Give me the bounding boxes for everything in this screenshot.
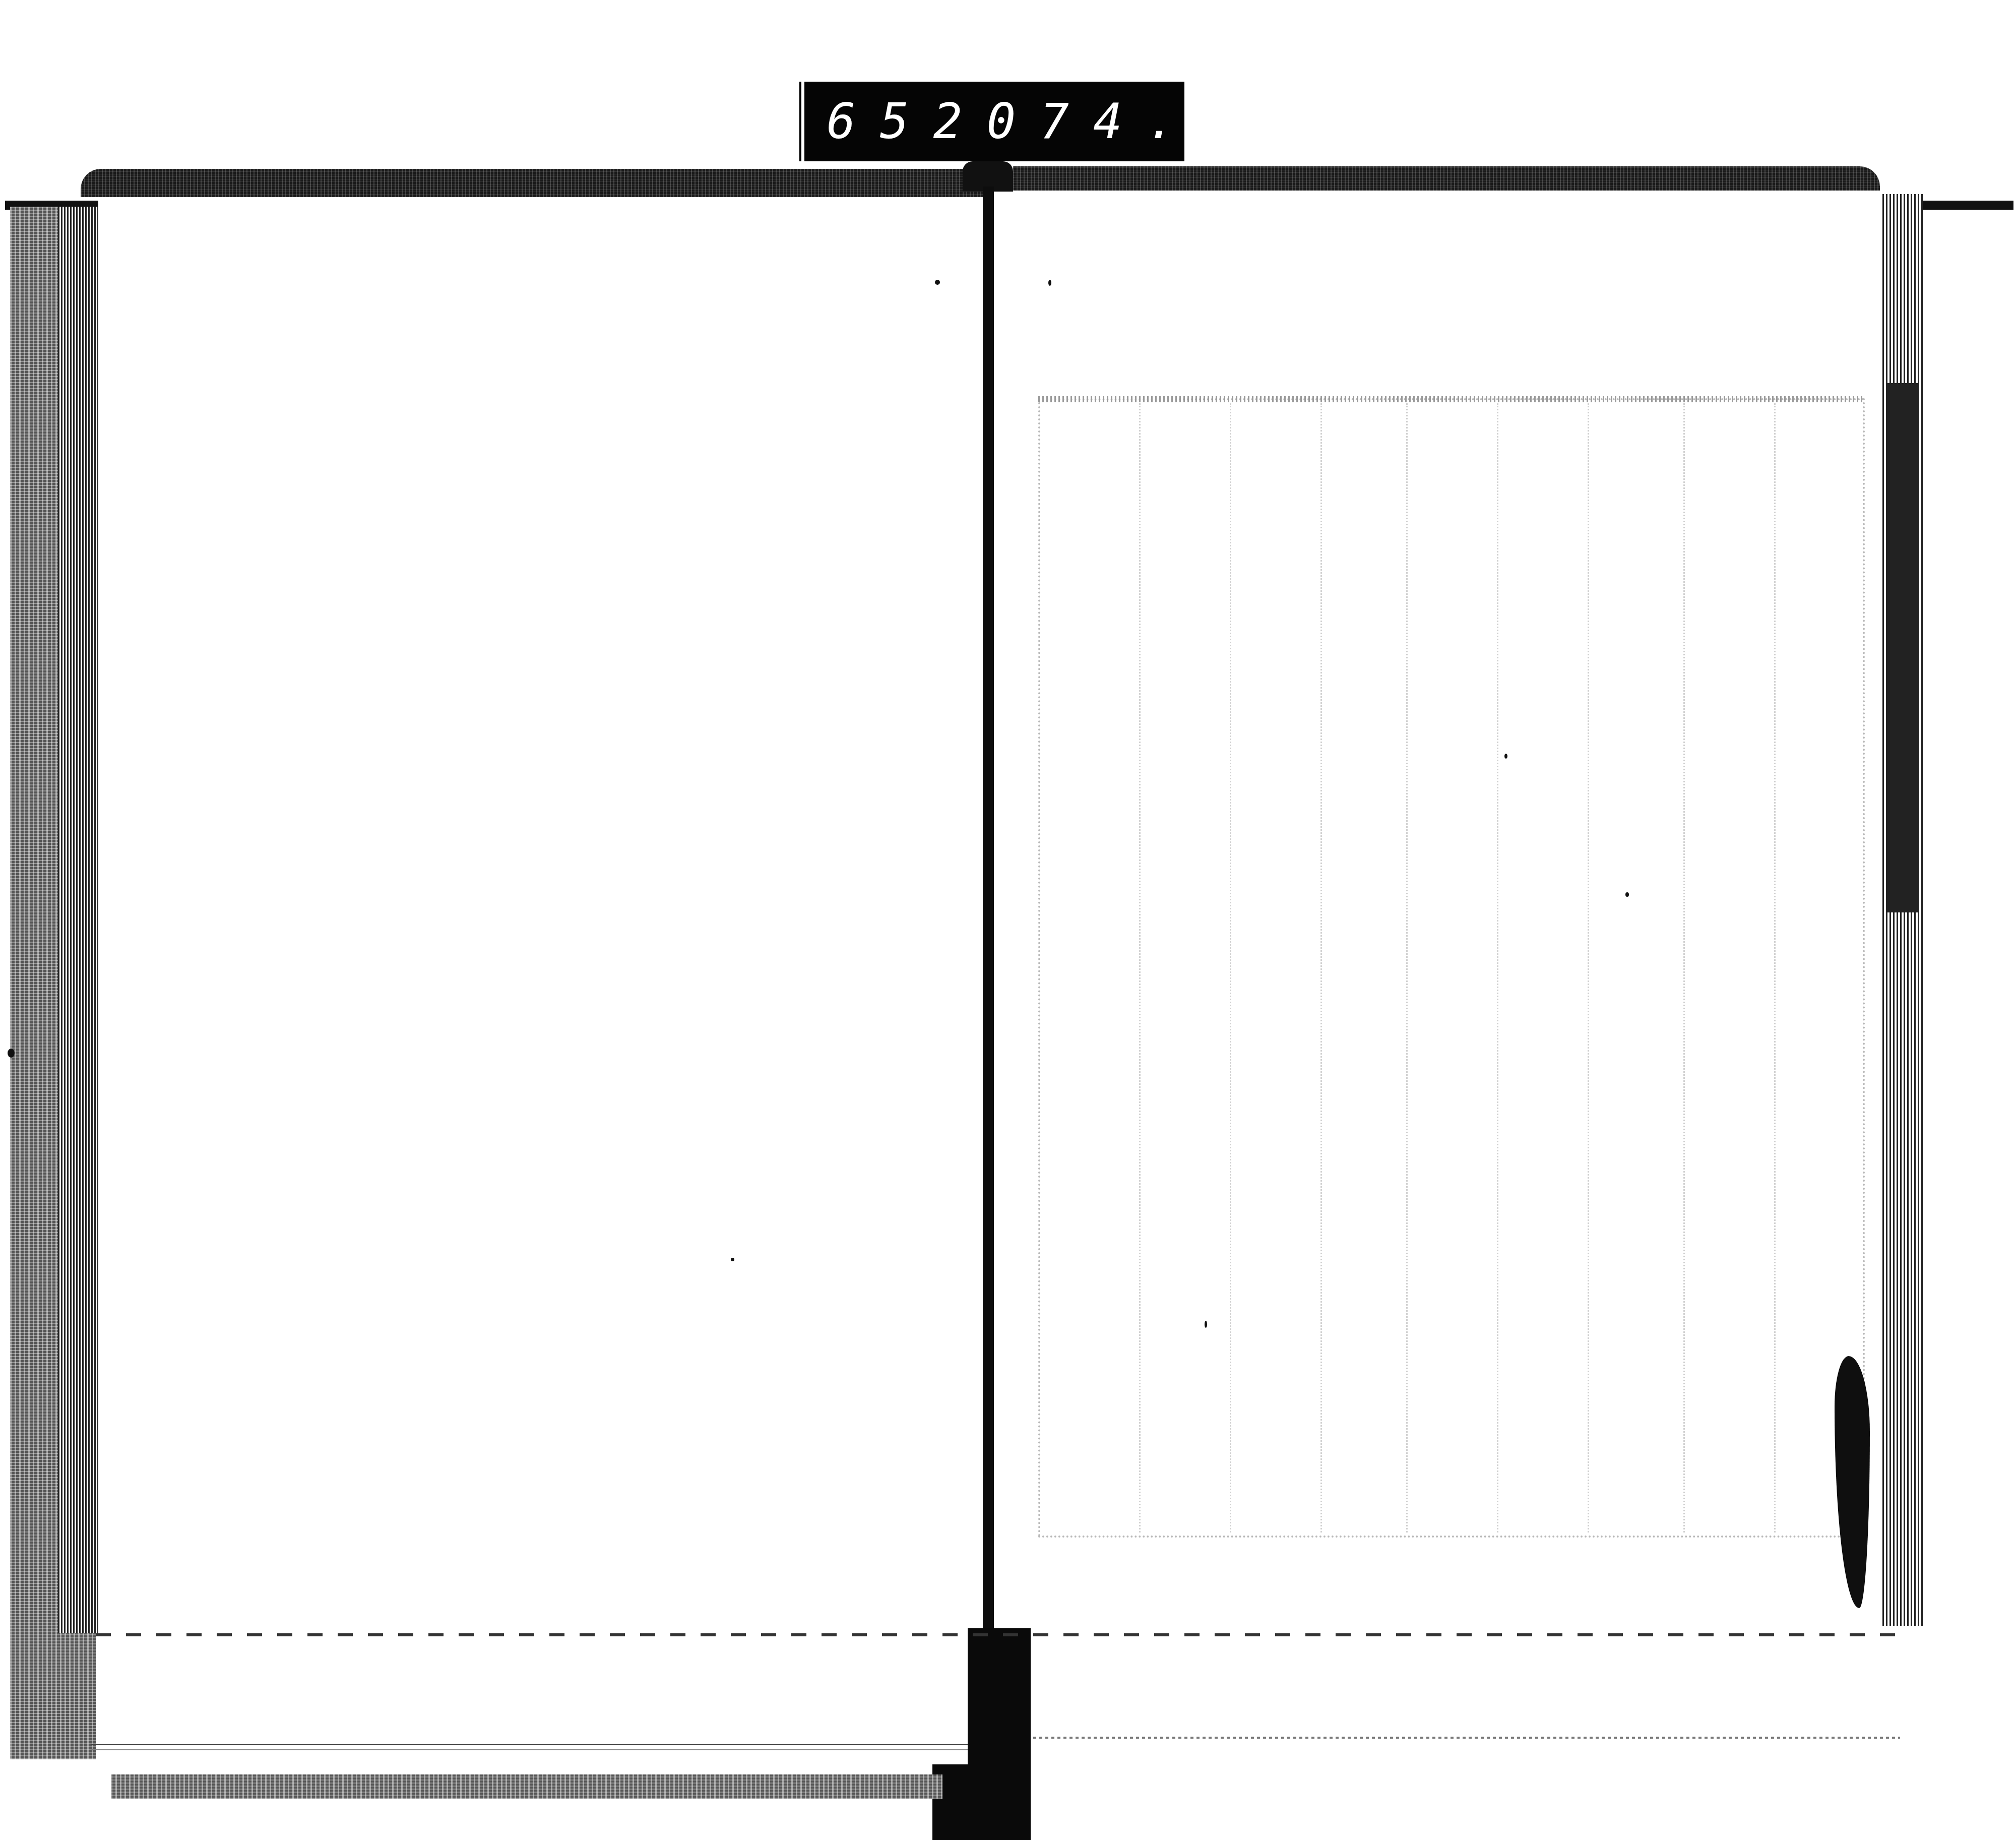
ruled-column-line [1139,403,1141,1532]
scan-speck [1504,754,1507,759]
ruled-column-line [1320,403,1322,1532]
top-cover-edge-right [1013,166,1880,191]
right-page-stack-shadow [1887,383,1918,912]
left-page-stack-edges [58,207,98,1633]
ruled-column-line [1683,403,1685,1532]
scan-speck [1625,892,1629,897]
scan-speck [935,280,940,285]
scan-speck [1205,1321,1207,1328]
ruled-frame-top-rule [1038,396,1865,402]
scan-speck [731,1258,734,1261]
frame-counter-label: 652 074. [801,82,1184,161]
frame-number: 074. [986,97,1200,146]
bottom-leaf-left [91,1744,968,1750]
bottom-leaf-right [1033,1737,1900,1739]
book-spine [983,187,994,1633]
scan-speck [8,1049,15,1058]
top-cover-edge-left [81,169,993,197]
page-bottom-edge [96,1633,1910,1636]
ruled-column-line [1230,403,1231,1532]
scan-speck [1048,280,1051,286]
ruled-column-line [1588,403,1589,1532]
bottom-cover-shadow [111,1774,942,1799]
left-page [98,201,983,1632]
spine-foot-step [932,1764,1031,1840]
ruled-column-line [1497,403,1498,1532]
ruled-column-line [1774,403,1776,1532]
right-page-ruled-frame [1038,398,1865,1538]
reel-number: 652 [827,97,986,146]
ruled-column-line [1406,403,1408,1532]
